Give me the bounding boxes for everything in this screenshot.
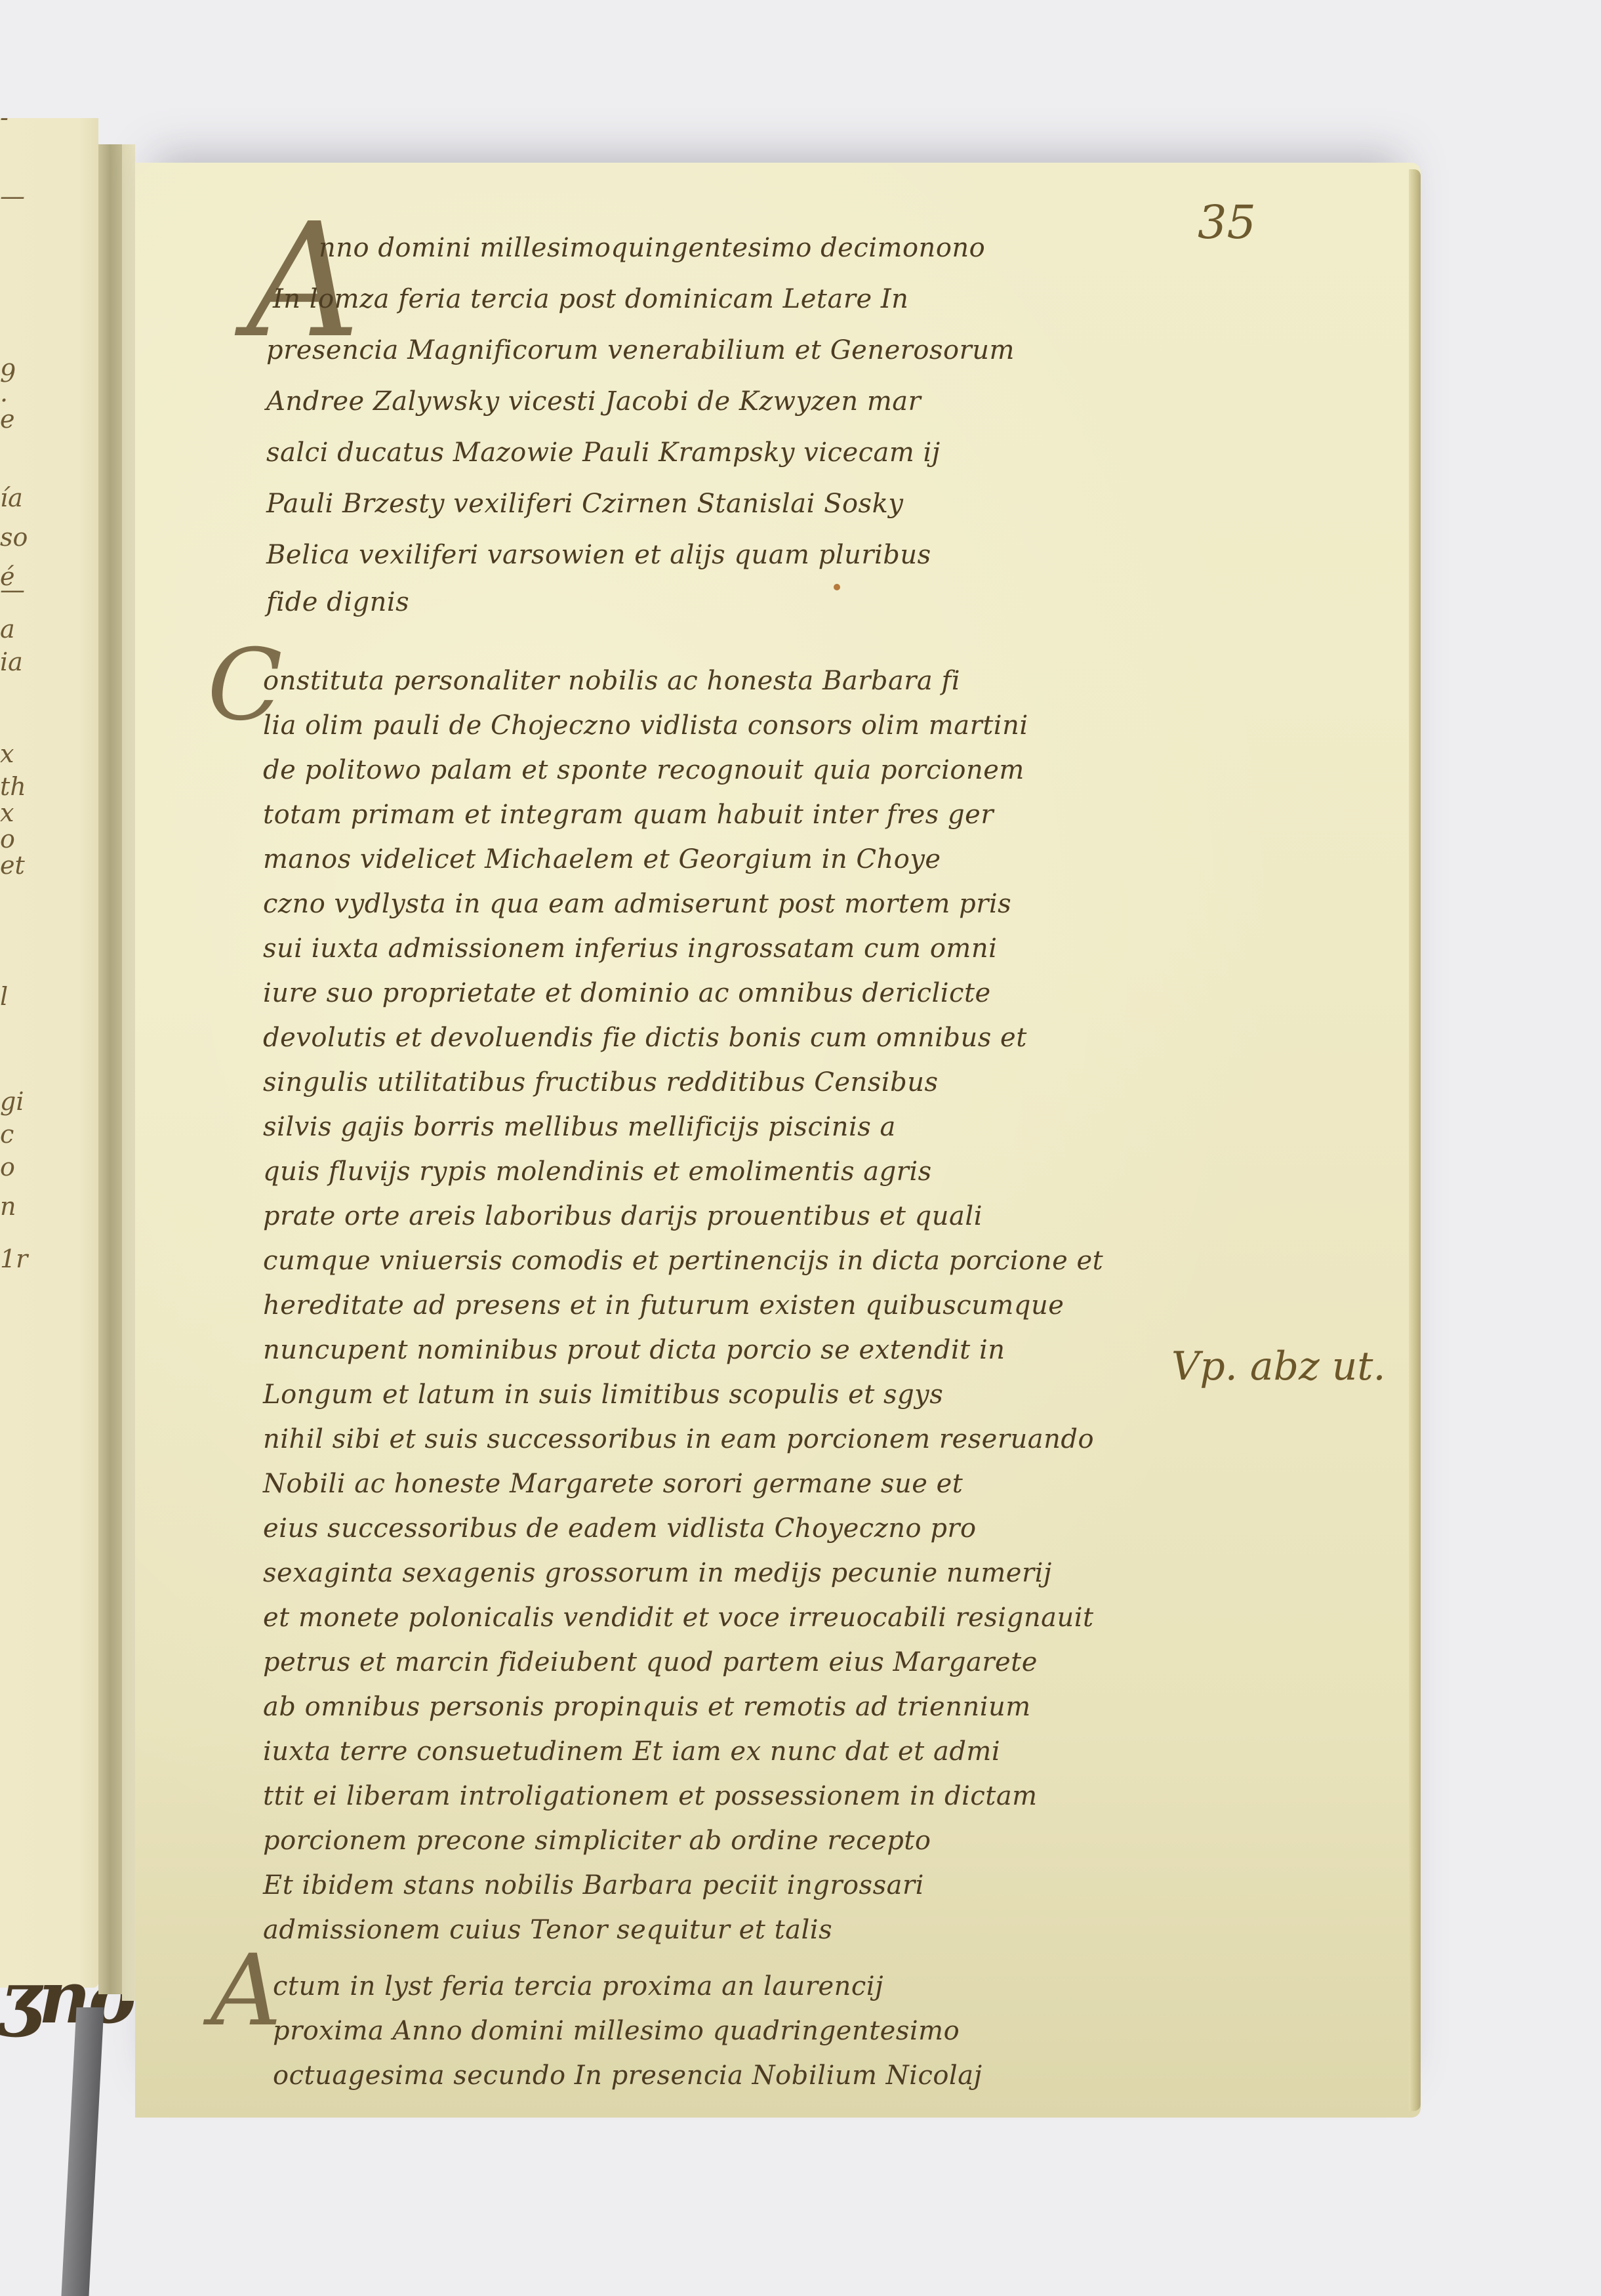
text-line: Et ibidem stans nobilis Barbara peciit i… [263, 1872, 924, 1898]
left-margin-fragment: ía [0, 485, 23, 510]
text-line: totam primam et integram quam habuit int… [263, 802, 994, 828]
text-line: hereditate ad presens et in futurum exis… [263, 1292, 1064, 1319]
text-line: devolutis et devoluendis fie dictis boni… [263, 1025, 1027, 1051]
text-line: ctum in lyst feria tercia proxima an lau… [273, 1973, 883, 1999]
text-line: iure suo proprietate et dominio ac omnib… [263, 980, 991, 1006]
text-line: silvis gajis borris mellibus mellificijs… [263, 1114, 896, 1140]
decorated-initial: A [211, 1934, 281, 2048]
left-margin-fragment: o [0, 827, 15, 851]
text-line: cumque vniuersis comodis et pertinencijs… [263, 1248, 1103, 1274]
left-margin-fragment: ia [0, 649, 23, 674]
text-line: nno domini millesimoquingentesimo decimo… [319, 235, 985, 261]
left-margin-fragment: o [0, 1155, 15, 1179]
text-line: porcionem precone simpliciter ab ordine … [263, 1828, 931, 1854]
text-line: admissionem cuius Tenor sequitur et tali… [263, 1917, 832, 1943]
text-line: iuxta terre consuetudinem Et iam ex nunc… [263, 1738, 1000, 1765]
left-margin-fragment: . [0, 380, 8, 405]
text-line: Pauli Brzesty vexiliferi Czirnen Stanisl… [266, 491, 903, 517]
left-margin-fragment: c [0, 1122, 14, 1147]
text-line: petrus et marcin fideiubent quod partem … [263, 1649, 1038, 1675]
text-line: singulis utilitatibus fructibus redditib… [263, 1069, 938, 1096]
text-line: prate orte areis laboribus darijs prouen… [263, 1203, 983, 1229]
book-gutter [98, 144, 122, 1994]
text-line: sui iuxta admissionem inferius ingrossat… [263, 935, 997, 962]
text-line: Nobili ac honeste Margarete sorori germa… [263, 1471, 963, 1497]
left-margin-fragment: gi [0, 1089, 24, 1114]
text-line: quis fluvijs rypis molendinis et emolime… [263, 1158, 932, 1185]
gutter-highlight [122, 144, 135, 2001]
left-margin-fragment: l [0, 984, 8, 1009]
marginal-annotation: Vp. abz ut. [1171, 1343, 1386, 1389]
text-line: sexaginta sexagenis grossorum in medijs … [263, 1560, 1052, 1586]
left-margin-fragment: n [0, 1194, 16, 1219]
left-margin-fragment: 1r [0, 1246, 28, 1271]
left-margin-fragment: e [0, 407, 15, 432]
text-line: In lomza feria tercia post dominicam Let… [273, 286, 908, 312]
left-margin-fragment: - [0, 105, 9, 130]
text-line: lia olim pauli de Chojeczno vidlista con… [263, 712, 1028, 739]
text-line: ttit ei liberam introligationem et posse… [263, 1783, 1038, 1809]
text-line: Andree Zalywsky vicesti Jacobi de Kzwyze… [266, 388, 921, 415]
left-margin-fragment: x [0, 800, 14, 825]
left-margin-fragment: x [0, 741, 14, 766]
text-line: presencia Magnificorum venerabilium et G… [266, 337, 1015, 363]
text-line: onstituta personaliter nobilis ac honest… [263, 668, 960, 694]
folio-number: 35 [1198, 195, 1256, 249]
text-line: fide dignis [266, 589, 409, 615]
facing-left-page: - — 9 . e ía so é — a ia x th x o et l g… [0, 118, 98, 1988]
manuscript-page: 35 A nno domini millesimoquingentesimo d… [135, 163, 1421, 2118]
left-margin-fragment: th [0, 774, 26, 799]
text-line: eius successoribus de eadem vidlista Cho… [263, 1515, 977, 1542]
left-margin-fragment: — [0, 577, 25, 602]
text-line: salci ducatus Mazowie Pauli Krampsky vic… [266, 440, 941, 466]
text-line: Belica vexiliferi varsowien et alijs qua… [266, 542, 931, 568]
text-line: de politowo palam et sponte recognouit q… [263, 757, 1024, 783]
page-edge [1409, 169, 1421, 2111]
text-line: czno vydlysta in qua eam admiserunt post… [263, 891, 1011, 917]
text-line: nuncupent nominibus prout dicta porcio s… [263, 1337, 1005, 1363]
text-line: Longum et latum in suis limitibus scopul… [263, 1382, 943, 1408]
text-line: proxima Anno domini millesimo quadringen… [273, 2018, 960, 2044]
left-margin-fragment: — [0, 184, 25, 209]
binding-shadow [61, 2007, 104, 2296]
text-line: manos videlicet Michaelem et Georgium in… [263, 846, 941, 872]
text-line: et monete polonicalis vendidit et voce i… [263, 1605, 1094, 1631]
text-line: octuagesima secundo In presencia Nobiliu… [273, 2062, 982, 2089]
left-margin-fragment: so [0, 525, 28, 550]
left-margin-fragment: a [0, 617, 15, 642]
ink-spot [834, 584, 840, 590]
text-line: nihil sibi et suis successoribus in eam … [263, 1426, 1094, 1452]
left-margin-fragment: et [0, 853, 25, 878]
text-line: ab omnibus personis propinquis et remoti… [263, 1694, 1031, 1720]
